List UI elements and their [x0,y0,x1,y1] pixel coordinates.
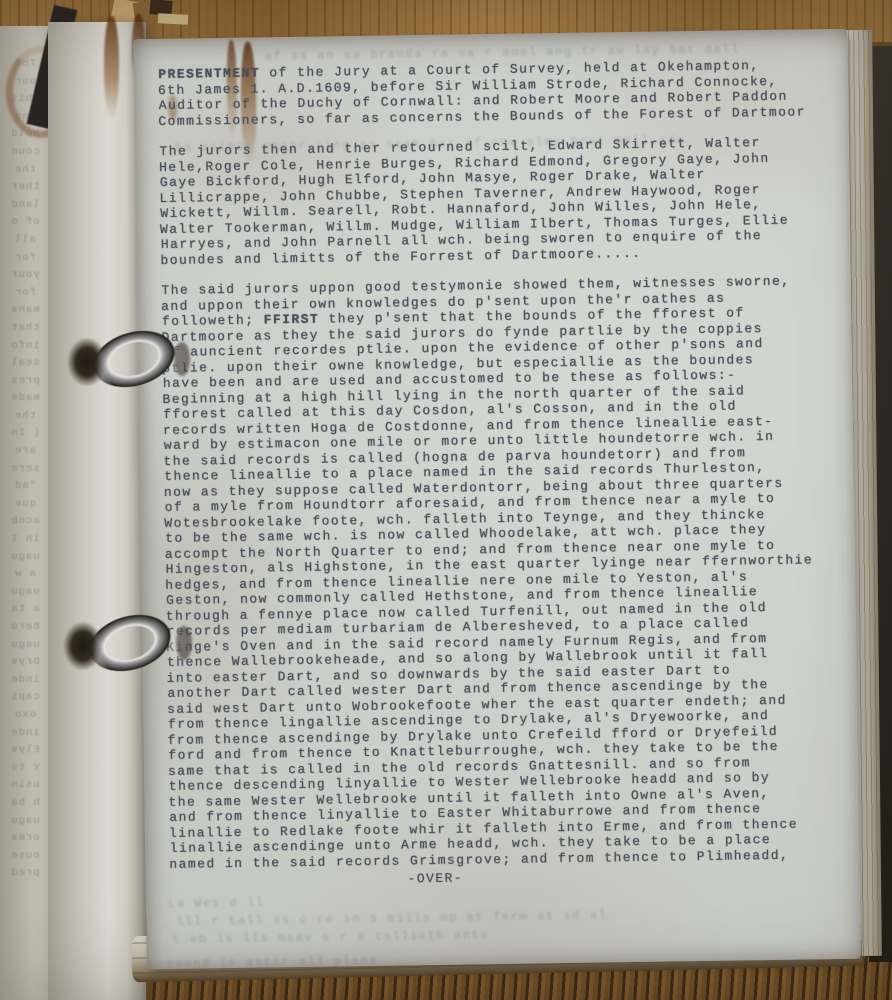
bleedthrough-fragment: uagu [2,586,48,604]
bleedthrough-fragment: the [2,164,48,182]
page-gutter-curl [48,22,146,1000]
bleedthrough-fragment: that [2,322,48,340]
bleedthrough-fragment: seal [2,357,48,375]
over-marker: -OVER- [408,871,464,887]
binder-ring-bottom [56,604,196,694]
bleedthrough-fragment: sere [2,463,48,481]
bleedthrough-fragment: are [2,445,48,463]
bleedthrough-fragment: uagu [2,639,48,657]
bleedthrough-fragment: que [2,498,48,516]
bleedthrough-fragment: uagu [2,815,48,833]
bleedthrough-fragment: made [2,392,48,410]
bleedthrough-fragment: a w [2,568,48,586]
bleedthrough-fragment: your [2,269,48,287]
bleedthrough-fragment: hold [2,128,48,146]
bleedthrough-fragment: h ba [2,797,48,815]
typewritten-text-block: PRESENTMENT of the Jury at a Court of Su… [158,57,848,887]
bleedthrough-fragment: of o [2,216,48,234]
previous-page-edge: Th"ourthisandholdcounthetherlandof oallf… [0,26,54,1000]
photograph-of-typed-binder-page: Th"ourthisandholdcounthetherlandof oallf… [0,0,892,1000]
binder-ring-top [60,320,194,406]
ring-hole-shadow [176,626,192,660]
bleedthrough-fragment: land [2,199,48,217]
bleedthrough-fragment: capi [2,691,48,709]
bleedthrough-fragment: inde [2,727,48,745]
paragraph: The jurors then and ther retourned scilt… [159,134,839,268]
bleedthrough-fragment: oxo [2,709,48,727]
bleedthrough-fragment: Elys [2,744,48,762]
bleedthrough-fragment: Y ts [2,762,48,780]
ring-hole-shadow [174,342,190,376]
bleedthrough-fragment: coun [2,146,48,164]
bleedthrough-fragment: mans [2,304,48,322]
bleedthrough-line: t eb ls lls msav s r s tsllieth ants [172,926,642,947]
bleedthrough-fragment: ouse [2,850,48,868]
bleedthrough-fragment: inde [2,674,48,692]
bleedthrough-fragment: uagu [2,551,48,569]
bleedthrough-fragment: ther [2,181,48,199]
paragraph: The said jurors uppon good testymonie sh… [161,273,848,872]
bleedthrough-line: La Wes d ll [168,892,468,910]
typed-document-page: w r af ss an sa branda ra sa r anal ang … [133,29,861,969]
metal-ring-icon [75,600,184,686]
bleedthrough-fragment: a ta [2,603,48,621]
bleedthrough-fragment: Bero [2,621,48,639]
bleedthrough-fragment: for [2,252,48,270]
bleedthrough-fragment: acob [2,515,48,533]
paper-scrap [158,13,188,25]
bleedthrough-fragment: ( In [2,427,48,445]
bleedthrough-fragment: "ad [2,480,48,498]
bleedthrough-fragment: pred [2,867,48,885]
bleedthrough-fragment: in I [2,533,48,551]
bleedthrough-fragment: Drys [2,656,48,674]
bleedthrough-fragment: usin [2,779,48,797]
bleedthrough-fragment: the [2,410,48,428]
paragraph: PRESENTMENT of the Jury at a Court of Su… [158,57,837,129]
bleedthrough-line: lll r tall ss c re in s mills mp at ferm… [176,906,736,928]
metal-ring-icon [79,316,188,402]
mirrored-bleedthrough-text: Th"ourthisandholdcounthetherlandof oallf… [2,58,48,885]
bleedthrough-fragment: for [2,287,48,305]
rust-drip-stain [104,16,119,120]
bleedthrough-fragment: info [2,340,48,358]
bleedthrough-fragment: orms [2,832,48,850]
bleedthrough-fragment: pres [2,375,48,393]
bleedthrough-fragment: all [2,234,48,252]
